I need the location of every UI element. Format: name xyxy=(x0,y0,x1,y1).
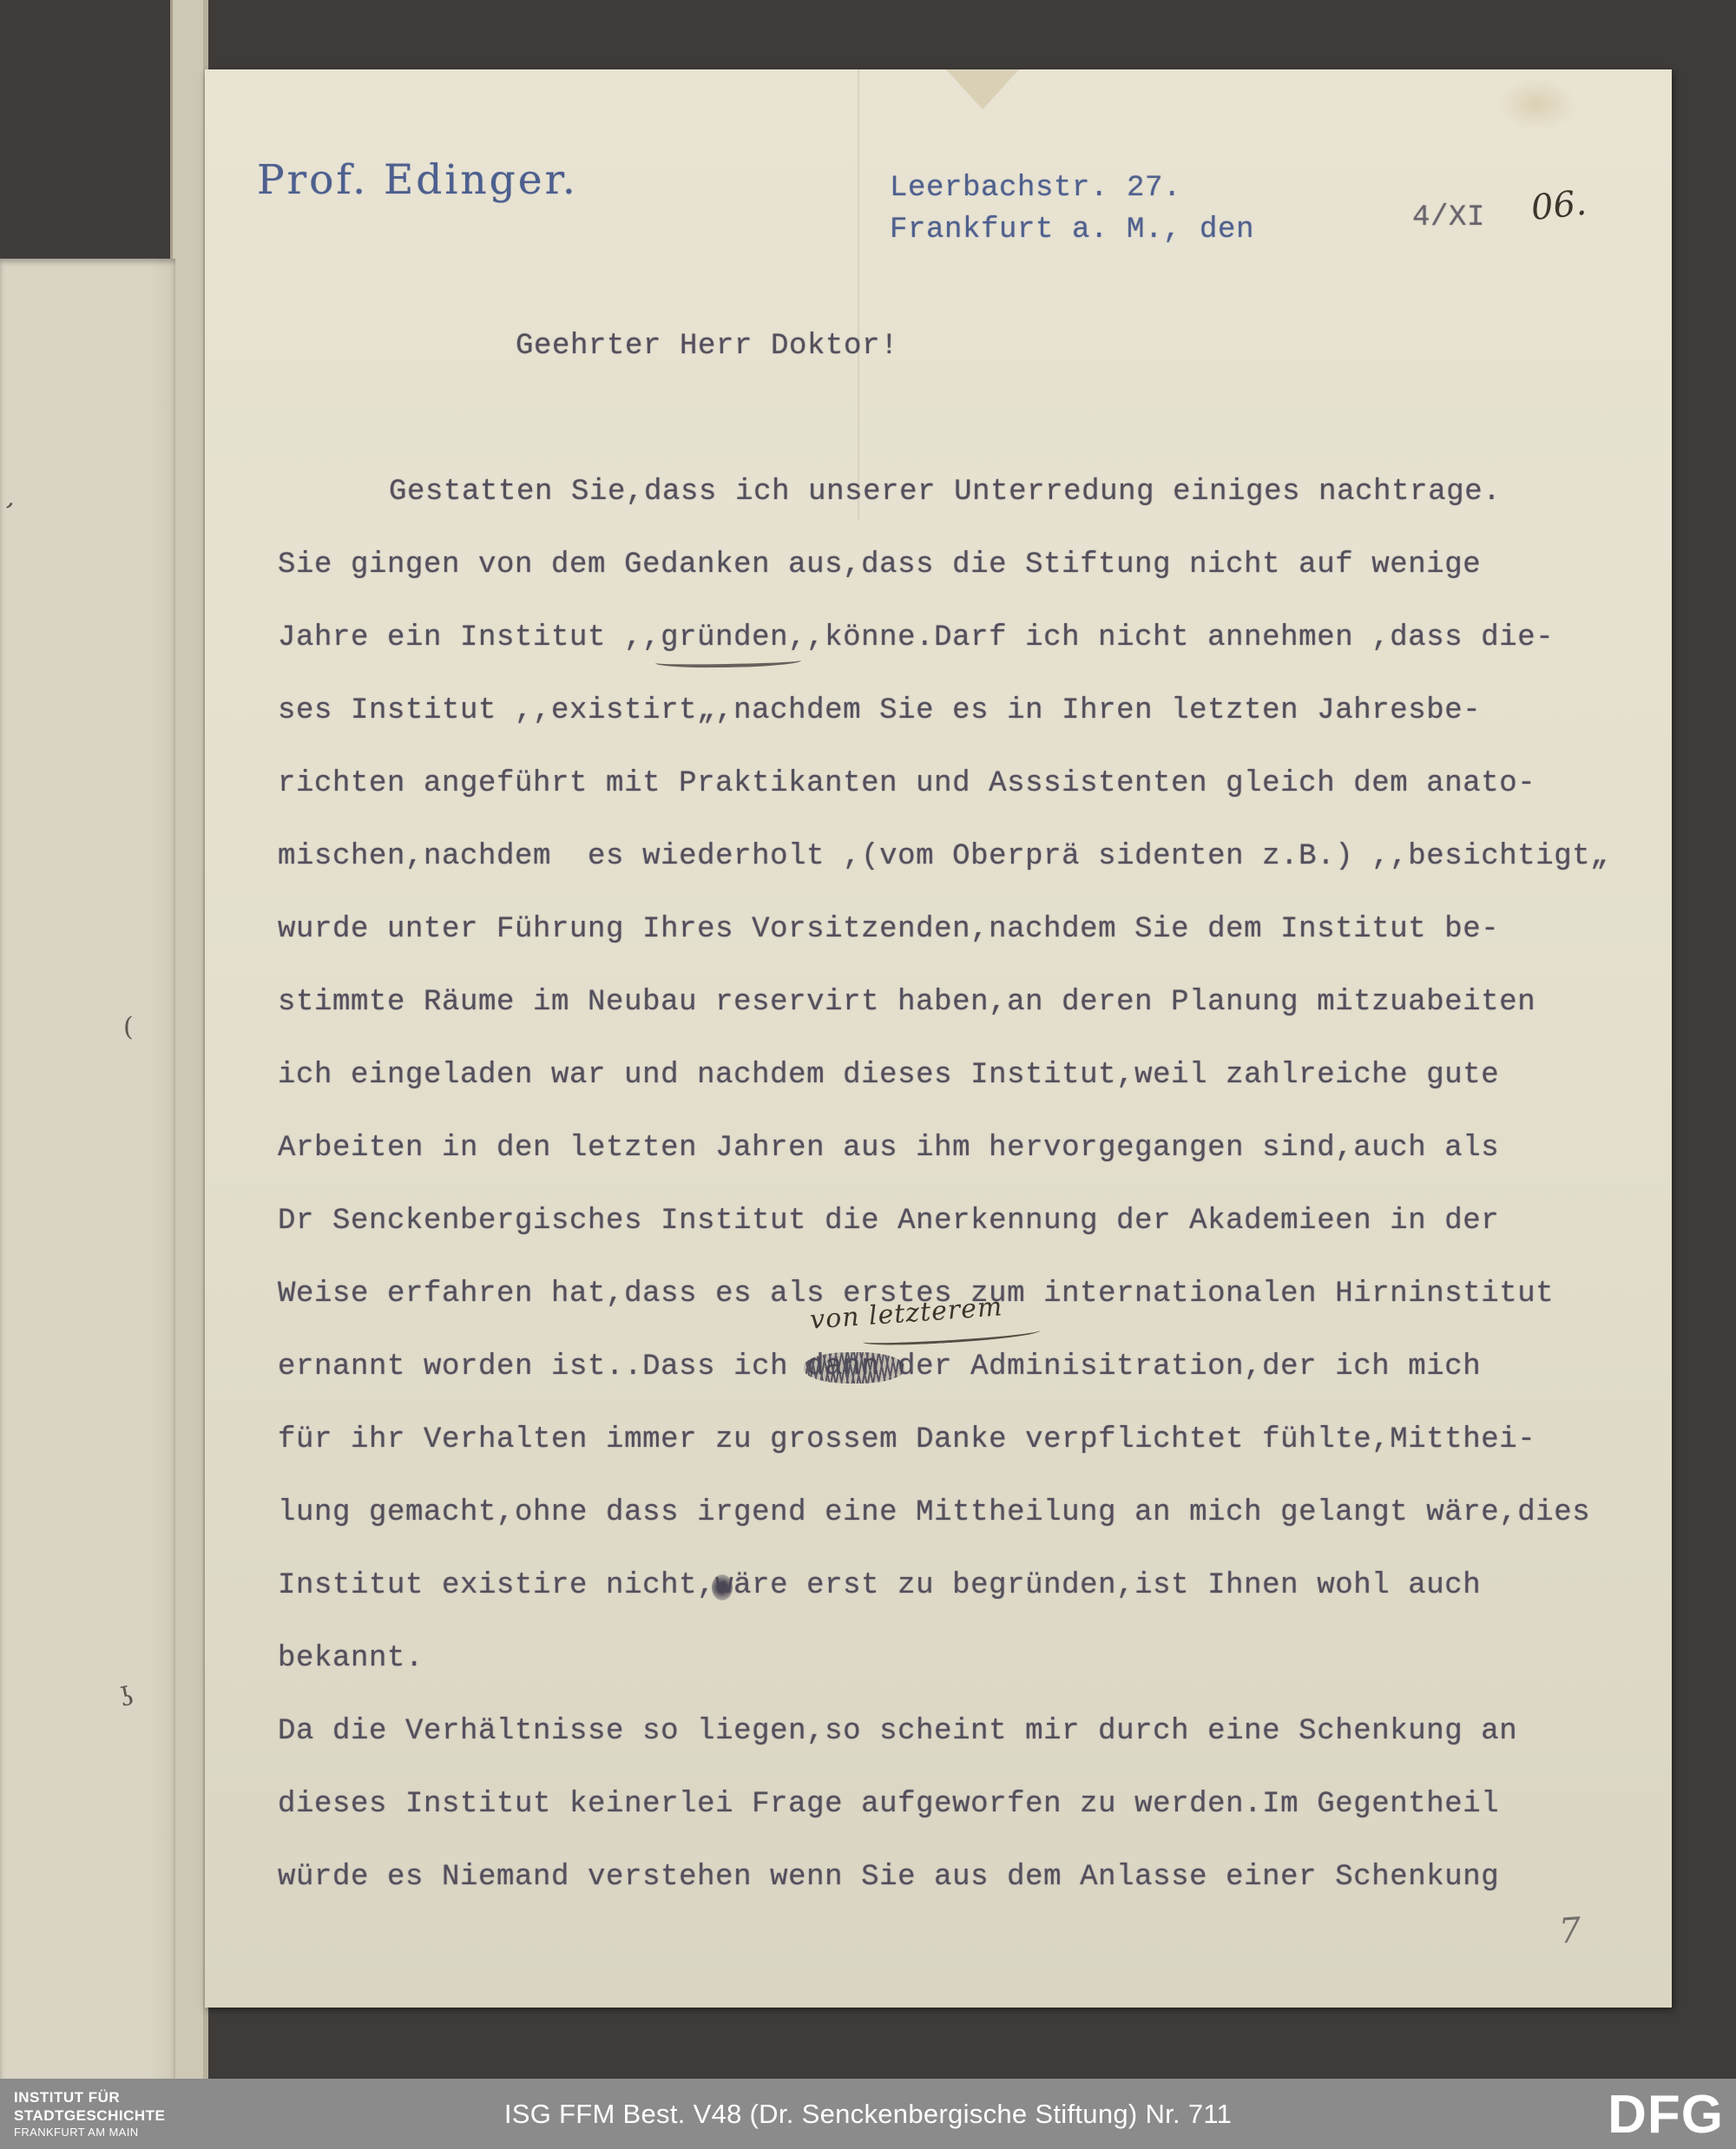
typed-line: richten angeführt mit Praktikanten und A… xyxy=(278,766,1667,838)
letterhead-address-street: Leerbachstr. 27. xyxy=(890,172,1181,205)
typed-line: Dr Senckenbergisches Institut die Anerke… xyxy=(278,1203,1667,1276)
handwritten-year: 06. xyxy=(1529,183,1588,228)
typed-line: ses Institut ,,existirt„,nachdem Sie es … xyxy=(278,693,1667,766)
letter-body: Gestatten Sie,dass ich unserer Unterredu… xyxy=(278,474,1667,1932)
paper-fold-line xyxy=(858,69,859,521)
typed-line: stimmte Räume im Neubau reservirt haben,… xyxy=(278,984,1667,1057)
typed-line: würde es Niemand verstehen wenn Sie aus … xyxy=(278,1859,1667,1932)
tape-residue-mark xyxy=(946,69,1019,109)
underlying-page: ‚ ( ʖ xyxy=(0,259,175,2079)
ink-blot xyxy=(712,1574,733,1600)
institute-name-line3: FRANKFURT AM MAIN xyxy=(14,2125,165,2140)
institute-name-line2: STADTGESCHICHTE xyxy=(14,2106,165,2125)
institute-name-line1: INSTITUT FÜR xyxy=(14,2088,165,2106)
typed-line: ernannt worden ist..Dass ich dann der Ad… xyxy=(278,1349,1667,1422)
typed-date: 4/XI xyxy=(1412,201,1485,234)
paper-stain xyxy=(1498,78,1576,130)
binding-mark: ( xyxy=(123,1012,134,1042)
salutation: Geehrter Herr Doktor! xyxy=(516,330,898,363)
archive-footer-bar: ISG FFM Best. V48 (Dr. Senckenbergische … xyxy=(0,2079,1736,2149)
institute-logo-block: INSTITUT FÜR STADTGESCHICHTE FRANKFURT A… xyxy=(14,2088,165,2140)
letterhead-address-city: Frankfurt a. M., den xyxy=(890,214,1254,246)
typed-line: für ihr Verhalten immer zu grossem Danke… xyxy=(278,1422,1667,1495)
binding-mark: ‚ xyxy=(3,482,22,513)
binding-mark: ʖ xyxy=(117,1681,137,1714)
typed-line: wurde unter Führung Ihres Vorsitzenden,n… xyxy=(278,911,1667,984)
dfg-logo: DFG xyxy=(1608,2084,1724,2146)
typed-line: dieses Institut keinerlei Frage aufgewor… xyxy=(278,1786,1667,1859)
typed-line: Institut existire nicht,wäre erst zu beg… xyxy=(278,1567,1667,1640)
pencil-page-number: 7 xyxy=(1557,1910,1582,1952)
typed-line: mischen,nachdem es wiederholt ,(vom Ober… xyxy=(278,838,1667,911)
typed-line: bekannt. xyxy=(278,1640,1667,1713)
typed-line: Sie gingen von dem Gedanken aus,dass die… xyxy=(278,547,1667,620)
typed-line: ich eingeladen war und nachdem dieses In… xyxy=(278,1057,1667,1130)
typed-line: lung gemacht,ohne dass irgend eine Mitth… xyxy=(278,1495,1667,1567)
typed-line: Jahre ein Institut ,,gründen,,könne.Darf… xyxy=(278,620,1667,693)
book-page-edge xyxy=(170,0,208,2079)
ink-scribble-strikeout xyxy=(804,1352,904,1383)
typed-line: Da die Verhältnisse so liegen,so scheint… xyxy=(278,1713,1667,1786)
letterhead-name: Prof. Edinger. xyxy=(257,156,578,204)
typed-line: Arbeiten in den letzten Jahren aus ihm h… xyxy=(278,1130,1667,1203)
typed-line: Gestatten Sie,dass ich unserer Unterredu… xyxy=(278,474,1667,547)
letter-page: Prof. Edinger. Leerbachstr. 27. Frankfur… xyxy=(205,69,1672,2008)
archive-reference: ISG FFM Best. V48 (Dr. Senckenbergische … xyxy=(0,2079,1736,2149)
